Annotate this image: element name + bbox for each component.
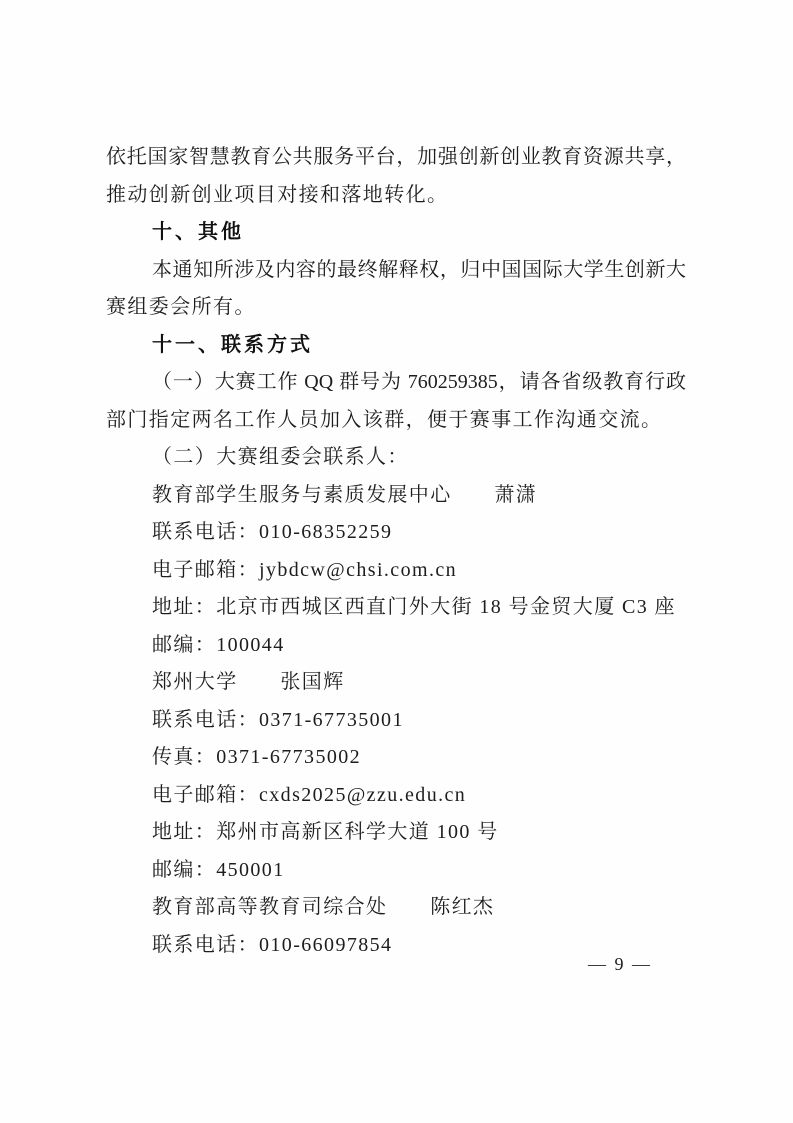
paragraph-line: 赛组委会所有。 (106, 289, 686, 327)
contact-address: 地址：郑州市高新区科学大道 100 号 (106, 814, 686, 852)
contact-org-name: 教育部学生服务与素质发展中心 萧潇 (106, 477, 686, 515)
contact-email: 电子邮箱：cxds2025@zzu.edu.cn (106, 777, 686, 815)
heading-section-10: 十、其他 (106, 214, 686, 252)
paragraph-line: 推动创新创业项目对接和落地转化。 (106, 177, 686, 215)
page-number: — 9 — (588, 953, 652, 975)
paragraph-line: 依托国家智慧教育公共服务平台，加强创新创业教育资源共享， (106, 139, 686, 177)
contact-org-name: 郑州大学 张国辉 (106, 664, 686, 702)
contact-phone: 联系电话：010-68352259 (106, 514, 686, 552)
contact-fax: 传真：0371-67735002 (106, 739, 686, 777)
contact-postcode: 邮编：100044 (106, 627, 686, 665)
contact-postcode: 邮编：450001 (106, 852, 686, 890)
heading-section-11: 十一、联系方式 (106, 327, 686, 365)
contact-address: 地址：北京市西城区西直门外大街 18 号金贸大厦 C3 座 (106, 589, 686, 627)
paragraph-line: （一）大赛工作 QQ 群号为 760259385，请各省级教育行政 (106, 364, 686, 402)
paragraph-line: 本通知所涉及内容的最终解释权，归中国国际大学生创新大 (106, 252, 686, 290)
document-body: 依托国家智慧教育公共服务平台，加强创新创业教育资源共享， 推动创新创业项目对接和… (106, 139, 686, 964)
paragraph-line: （二）大赛组委会联系人： (106, 439, 686, 477)
paragraph-line: 部门指定两名工作人员加入该群，便于赛事工作沟通交流。 (106, 402, 686, 440)
contact-org-name: 教育部高等教育司综合处 陈红杰 (106, 889, 686, 927)
contact-phone: 联系电话：0371-67735001 (106, 702, 686, 740)
contact-email: 电子邮箱：jybdcw@chsi.com.cn (106, 552, 686, 590)
document-page: 依托国家智慧教育公共服务平台，加强创新创业教育资源共享， 推动创新创业项目对接和… (0, 0, 793, 1123)
